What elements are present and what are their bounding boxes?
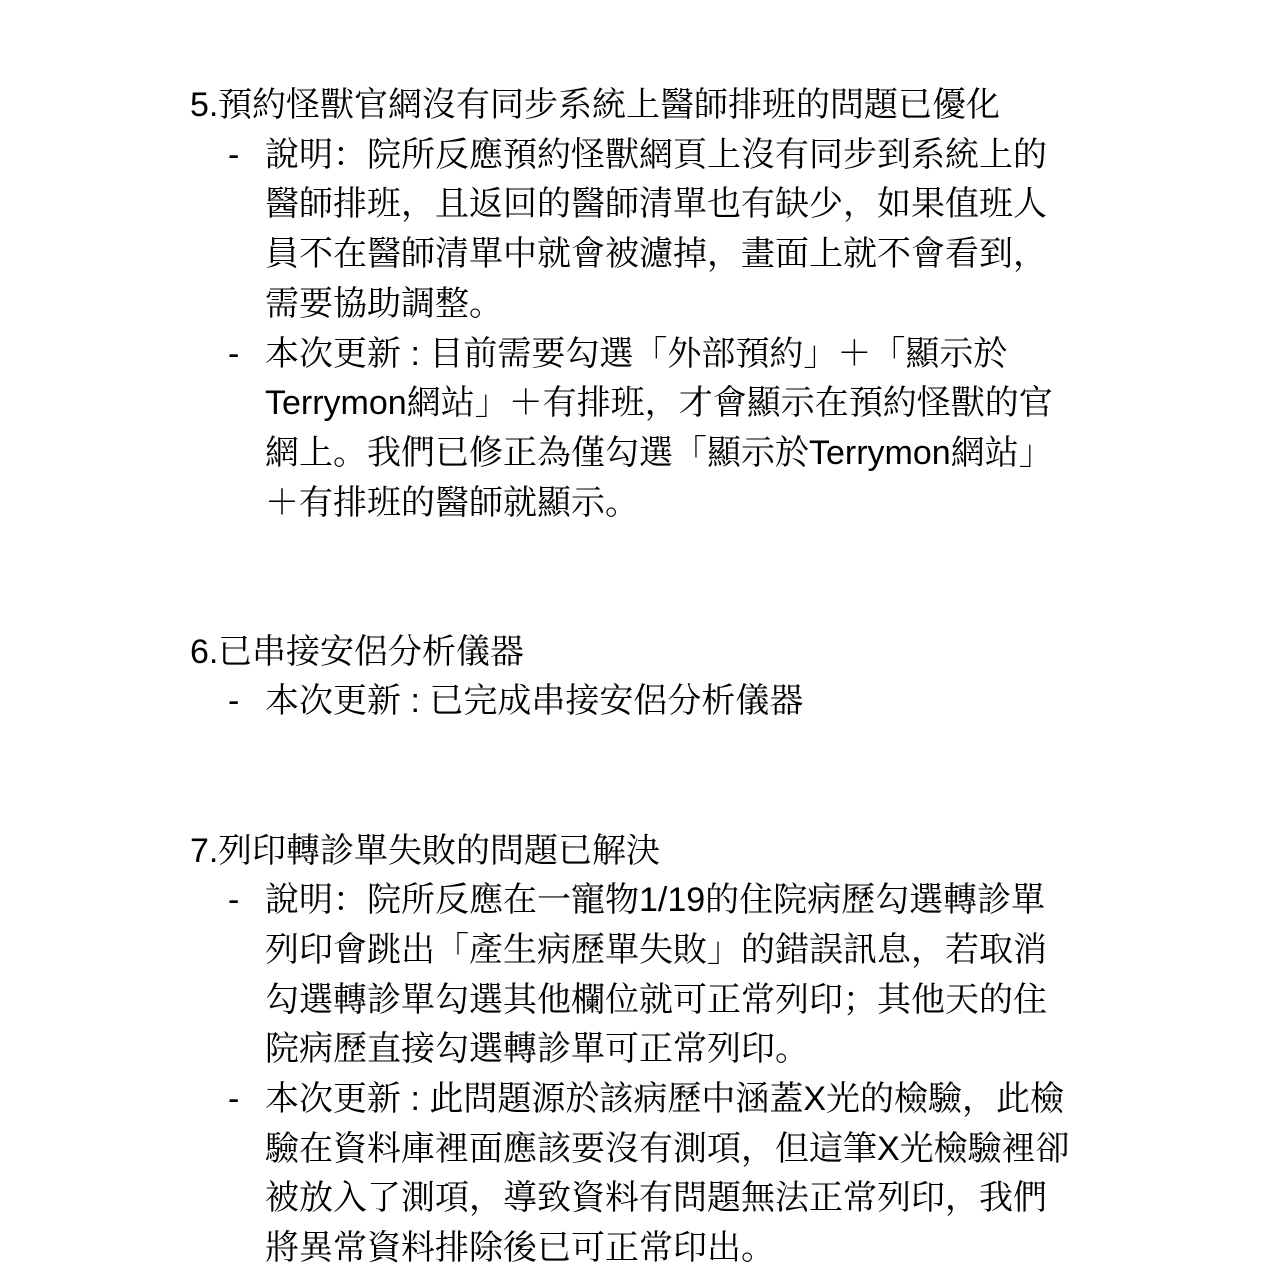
item-number: 6.: [190, 628, 218, 678]
bullet-dash: -: [228, 131, 265, 330]
item-title: 列印轉診單失敗的問題已解決: [218, 827, 660, 877]
numbered-item-6: 6. 已串接安侶分析儀器 - 本次更新 : 已完成串接安侶分析儀器: [0, 628, 1268, 727]
text-line: 說明：院所反應在一寵物1/19的住院病歷勾選轉診單: [265, 876, 1268, 926]
text-line: 本次更新 : 此問題源於該病歷中涵蓋X光的檢驗，此檢: [265, 1075, 1268, 1125]
text-line: 網上。我們已修正為僅勾選「顯示於Terrymon網站」: [265, 429, 1268, 479]
text-line: 需要協助調整。: [265, 280, 1268, 330]
item-number: 7.: [190, 827, 218, 877]
text-line: ＋有排班的醫師就顯示。: [265, 479, 1268, 529]
bullet-item: - 本次更新 : 目前需要勾選「外部預約」＋「顯示於 Terrymon網站」＋有…: [0, 330, 1268, 529]
text-line: 員不在醫師清單中就會被濾掉，畫面上就不會看到，: [265, 230, 1268, 280]
item-title: 預約怪獸官網沒有同步系統上醫師排班的問題已優化: [218, 81, 1000, 131]
text-line: 醫師排班，且返回的醫師清單也有缺少，如果值班人: [265, 180, 1268, 230]
item-title-row: 6. 已串接安侶分析儀器: [0, 628, 1268, 678]
bullet-item: - 本次更新 : 此問題源於該病歷中涵蓋X光的檢驗，此檢 驗在資料庫裡面應該要沒…: [0, 1075, 1268, 1272]
text-line: 被放入了測項，導致資料有問題無法正常列印，我們: [265, 1174, 1268, 1224]
text-line: 勾選轉診單勾選其他欄位就可正常列印；其他天的住: [265, 976, 1268, 1026]
bullet-dash: -: [228, 1075, 265, 1272]
text-line: 本次更新 : 已完成串接安侶分析儀器: [265, 677, 1268, 727]
text-line: 說明：院所反應預約怪獸網頁上沒有同步到系統上的: [265, 131, 1268, 181]
text-line: 院病歷直接勾選轉診單可正常列印。: [265, 1025, 1268, 1075]
bullet-text: 本次更新 : 此問題源於該病歷中涵蓋X光的檢驗，此檢 驗在資料庫裡面應該要沒有測…: [265, 1075, 1268, 1272]
bullet-dash: -: [228, 876, 265, 1075]
text-line: 驗在資料庫裡面應該要沒有測項，但這筆X光檢驗裡卻: [265, 1125, 1268, 1175]
bullet-text: 說明：院所反應在一寵物1/19的住院病歷勾選轉診單 列印會跳出「產生病歷單失敗」…: [265, 876, 1268, 1075]
bullet-item: - 說明：院所反應在一寵物1/19的住院病歷勾選轉診單 列印會跳出「產生病歷單失…: [0, 876, 1268, 1075]
text-line: 本次更新 : 目前需要勾選「外部預約」＋「顯示於: [265, 330, 1268, 380]
item-title: 已串接安侶分析儀器: [218, 628, 524, 678]
bullet-text: 本次更新 : 目前需要勾選「外部預約」＋「顯示於 Terrymon網站」＋有排班…: [265, 330, 1268, 529]
numbered-item-7: 7. 列印轉診單失敗的問題已解決 - 說明：院所反應在一寵物1/19的住院病歷勾…: [0, 827, 1268, 1272]
text-line: 列印會跳出「產生病歷單失敗」的錯誤訊息，若取消: [265, 926, 1268, 976]
document-page: 5. 預約怪獸官網沒有同步系統上醫師排班的問題已優化 - 說明：院所反應預約怪獸…: [0, 0, 1268, 1272]
item-number: 5.: [190, 81, 218, 131]
bullet-item: - 說明：院所反應預約怪獸網頁上沒有同步到系統上的 醫師排班，且返回的醫師清單也…: [0, 131, 1268, 330]
bullet-text: 說明：院所反應預約怪獸網頁上沒有同步到系統上的 醫師排班，且返回的醫師清單也有缺…: [265, 131, 1268, 330]
item-title-row: 5. 預約怪獸官網沒有同步系統上醫師排班的問題已優化: [0, 81, 1268, 131]
text-line: Terrymon網站」＋有排班，才會顯示在預約怪獸的官: [265, 379, 1268, 429]
numbered-item-5: 5. 預約怪獸官網沒有同步系統上醫師排班的問題已優化 - 說明：院所反應預約怪獸…: [0, 81, 1268, 528]
bullet-dash: -: [228, 330, 265, 529]
bullet-item: - 本次更新 : 已完成串接安侶分析儀器: [0, 677, 1268, 727]
text-line: 將異常資料排除後已可正常印出。: [265, 1224, 1268, 1272]
item-title-row: 7. 列印轉診單失敗的問題已解決: [0, 827, 1268, 877]
bullet-text: 本次更新 : 已完成串接安侶分析儀器: [265, 677, 1268, 727]
bullet-dash: -: [228, 677, 265, 727]
